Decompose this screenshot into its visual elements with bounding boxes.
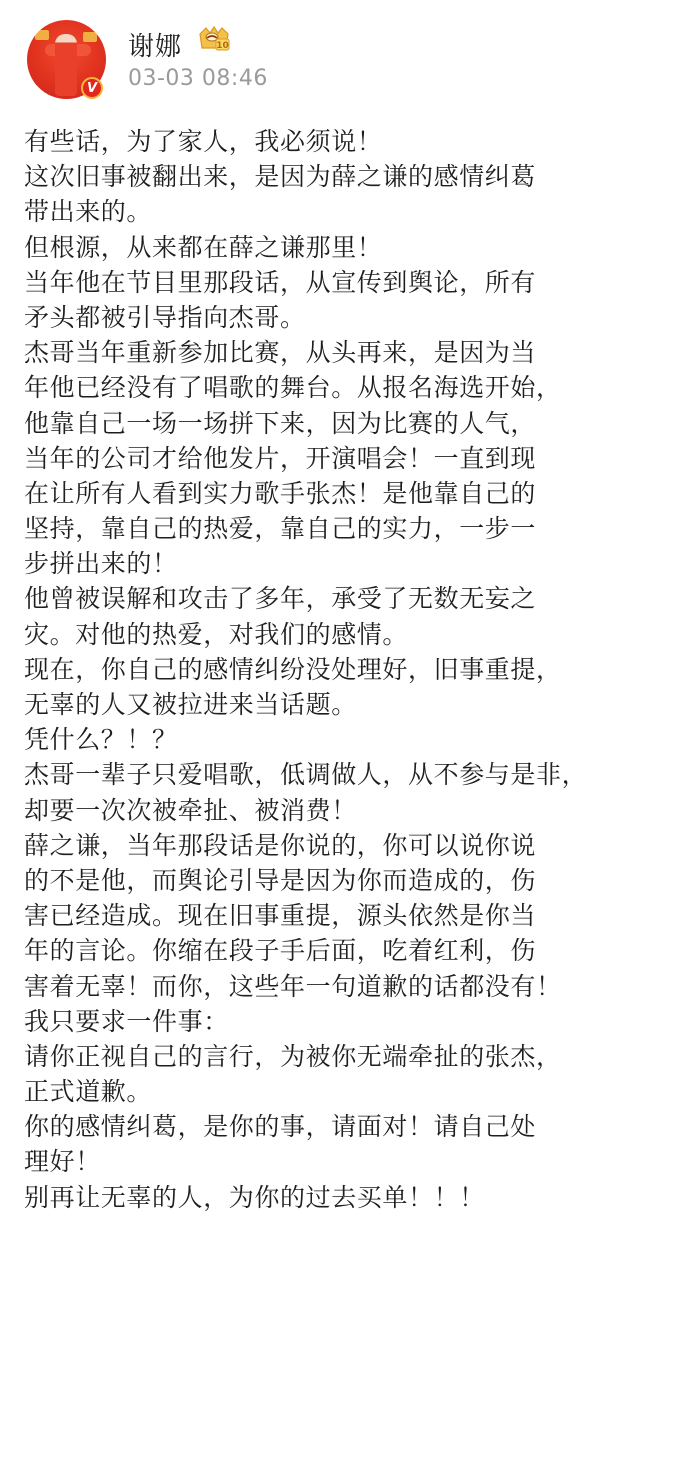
post-text-line: 薛之谦，当年那段话是你说的，你可以说你说 [24,828,674,863]
svg-text:10: 10 [216,41,229,51]
post-timestamp: 03-03 08:46 [128,66,268,91]
post-text-line: 当年的公司才给他发片，开演唱会！一直到现 [24,441,674,476]
post-text-line: 他曾被误解和攻击了多年，承受了无数无妄之 [24,581,674,616]
post-body: 有些话，为了家人，我必须说！ 这次旧事被翻出来，是因为薛之谦的感情纠葛 带出来的… [24,124,674,1215]
post-text-line: 但根源，从来都在薛之谦那里！ [24,230,674,265]
post-text-line: 年的言论。你缩在段子手后面，吃着红利，伤 [24,933,674,968]
post-text-line: 别再让无辜的人，为你的过去买单！！！ [24,1180,674,1215]
avatar-decoration [35,30,49,40]
post-text-line: 请你正视自己的言行，为被你无端牵扯的张杰， [24,1039,674,1074]
post-text-line: 你的感情纠葛，是你的事，请面对！请自己处 [24,1109,674,1144]
post-text-line: 正式道歉。 [24,1074,674,1109]
post-text-line: 我只要求一件事： [24,1004,674,1039]
post-text-line: 的不是他，而舆论引导是因为你而造成的，伤 [24,863,674,898]
post-text-line: 杰哥一辈子只爱唱歌，低调做人，从不参与是非， [24,757,674,792]
avatar-decoration [83,32,97,42]
post-text-line: 理好！ [24,1144,674,1179]
post-text-line: 坚持，靠自己的热爱，靠自己的实力，一步一 [24,511,674,546]
avatar-figure [55,34,77,96]
post-text-line: 他靠自己一场一场拼下来，因为比赛的人气， [24,406,674,441]
verified-badge-icon: V [81,77,103,99]
post-text-line: 杰哥当年重新参加比赛，从头再来，是因为当 [24,335,674,370]
post-text-line: 年他已经没有了唱歌的舞台。从报名海选开始， [24,370,674,405]
post-text-line: 带出来的。 [24,194,674,229]
post-header: V 谢娜 10 03-03 08:46 [0,0,690,118]
post-text-line: 在让所有人看到实力歌手张杰！是他靠自己的 [24,476,674,511]
post-text-line: 无辜的人又被拉进来当话题。 [24,687,674,722]
post-text-line: 矛头都被引导指向杰哥。 [24,300,674,335]
post-text-line: 有些话，为了家人，我必须说！ [24,124,674,159]
post-text-line: 步拼出来的！ [24,546,674,581]
author-name[interactable]: 谢娜 [128,26,182,63]
post-text-line: 当年他在节目里那段话，从宣传到舆论，所有 [24,265,674,300]
post-text-line: 凭什么？！？ [24,722,674,757]
crown-level-icon[interactable]: 10 [197,26,231,52]
post-text-line: 灾。对他的热爱，对我们的感情。 [24,617,674,652]
post-text-line: 现在，你自己的感情纠纷没处理好，旧事重提， [24,652,674,687]
post-text-line: 却要一次次被牵扯、被消费！ [24,793,674,828]
post-text-line: 害已经造成。现在旧事重提，源头依然是你当 [24,898,674,933]
post-text-line: 这次旧事被翻出来，是因为薛之谦的感情纠葛 [24,159,674,194]
post-text-line: 害着无辜！而你，这些年一句道歉的话都没有！ [24,969,674,1004]
